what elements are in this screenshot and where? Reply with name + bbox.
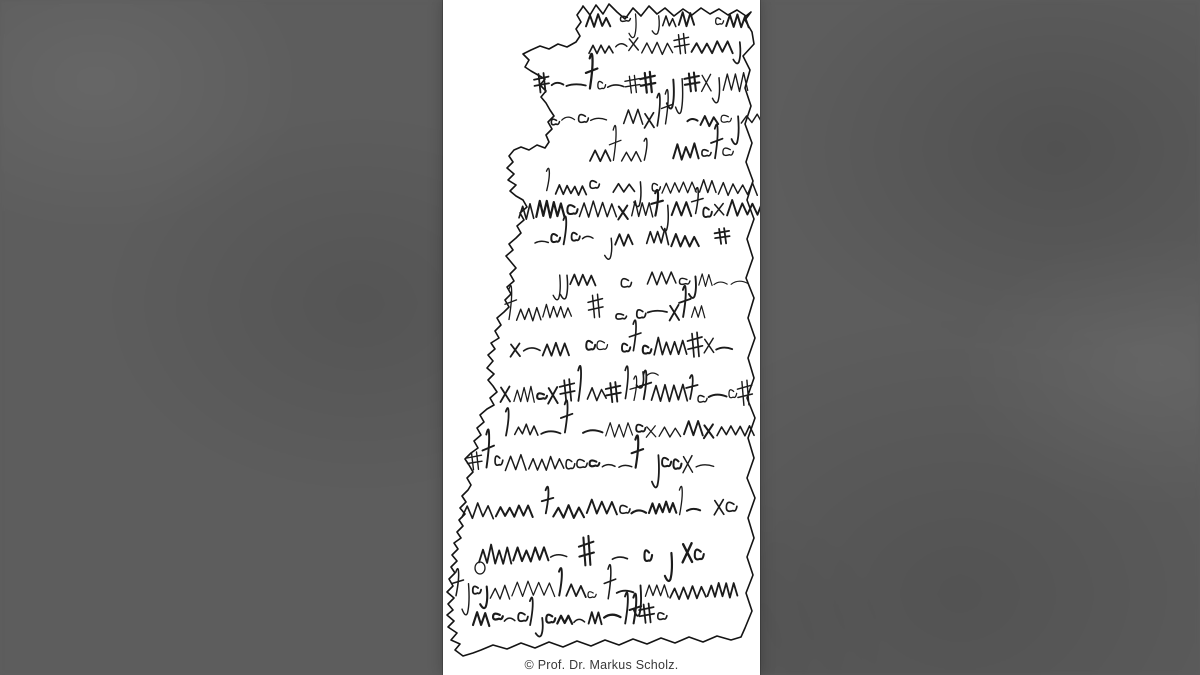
curse-tablet-drawing	[443, 0, 760, 675]
photo-credit: © Prof. Dr. Markus Scholz.	[443, 658, 760, 672]
tablet-illustration-panel: © Prof. Dr. Markus Scholz.	[443, 0, 760, 675]
article-image-viewer: © Prof. Dr. Markus Scholz.	[0, 0, 1200, 675]
